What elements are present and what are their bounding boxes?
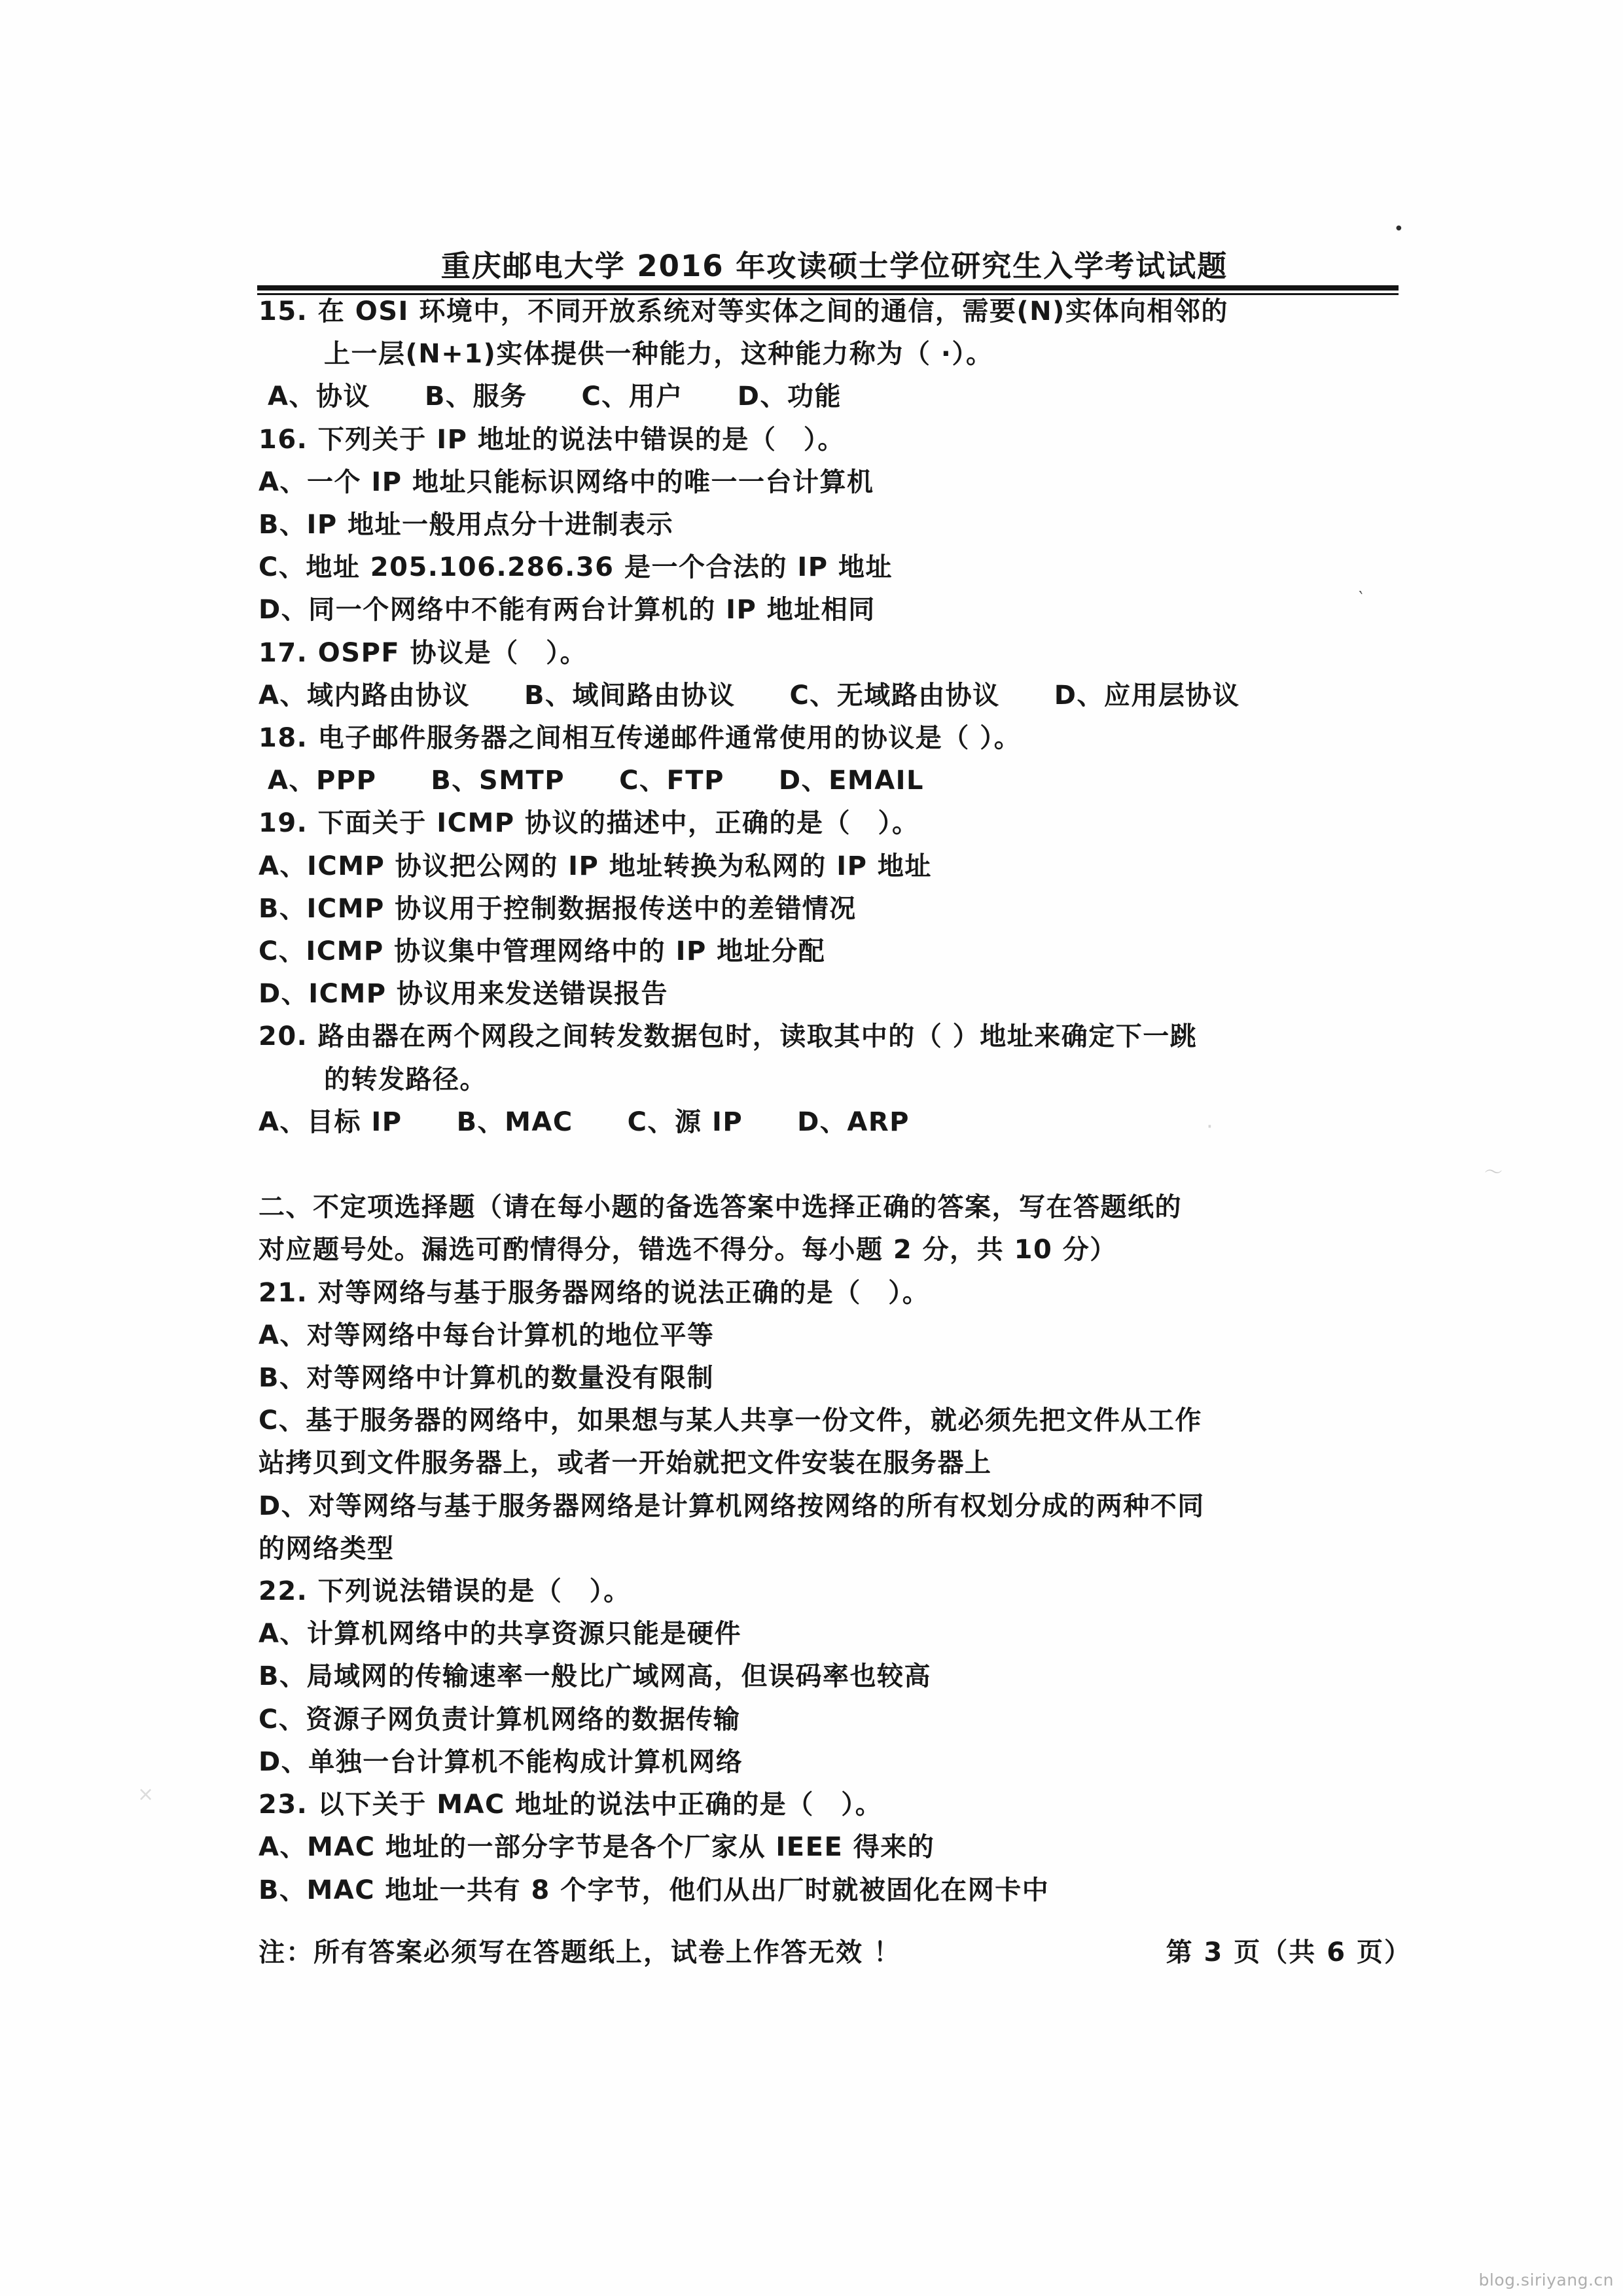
exam-line: 二、不定项选择题（请在每小题的备选答案中选择正确的答案，写在答题纸的 [259, 1186, 1410, 1229]
exam-line: 上一层(N+1)实体提供一种能力，这种能力称为（ ·）。 [259, 333, 1410, 376]
exam-line: 的网络类型 [259, 1528, 1410, 1570]
exam-line: 19. 下面关于 ICMP 协议的描述中，正确的是（ ）。 [259, 802, 1410, 845]
footer-note: 注：所有答案必须写在答题纸上，试卷上作答无效 ！ [259, 1932, 901, 1974]
exam-title: 重庆邮电大学 2016 年攻读硕士学位研究生入学考试试题 [259, 242, 1410, 285]
scan-speck: × [137, 1785, 154, 1805]
exam-line: C、地址 205.106.286.36 是一个合法的 IP 地址 [259, 546, 1410, 589]
exam-line: 21. 对等网络与基于服务器网络的说法正确的是（ ）。 [259, 1272, 1410, 1315]
exam-line: C、基于服务器的网络中，如果想与某人共享一份文件，就必须先把文件从工作 [259, 1400, 1410, 1442]
exam-line: A、PPP B、SMTP C、FTP D、EMAIL [259, 760, 1410, 802]
exam-page: 重庆邮电大学 2016 年攻读硕士学位研究生入学考试试题 15. 在 OSI 环… [0, 0, 1623, 2296]
exam-line: D、对等网络与基于服务器网络是计算机网络按网络的所有权划分成的两种不同 [259, 1485, 1410, 1528]
exam-line: 对应题号处。漏选可酌情得分，错选不得分。每小题 2 分，共 10 分） [259, 1229, 1410, 1271]
footer: 注：所有答案必须写在答题纸上，试卷上作答无效 ！ 第 3 页（共 6 页） [259, 1932, 1412, 1974]
exam-line: C、资源子网负责计算机网络的数据传输 [259, 1699, 1410, 1741]
exam-line: 20. 路由器在两个网段之间转发数据包时，读取其中的（ ）地址来确定下一跳 [259, 1016, 1410, 1058]
exam-line: A、一个 IP 地址只能标识网络中的唯一一台计算机 [259, 461, 1410, 504]
exam-line: 23. 以下关于 MAC 地址的说法中正确的是（ ）。 [259, 1784, 1410, 1826]
exam-line: 的转发路径。 [259, 1059, 1410, 1101]
blank-line [259, 1144, 1410, 1186]
scan-speck: ● [1396, 225, 1402, 232]
exam-line: 16. 下列关于 IP 地址的说法中错误的是（ ）。 [259, 419, 1410, 461]
scan-speck: ～ [1484, 1163, 1503, 1182]
exam-line: B、ICMP 协议用于控制数据报传送中的差错情况 [259, 888, 1410, 930]
watermark: blog.siriyang.cn [1479, 2270, 1614, 2289]
exam-line: A、协议 B、服务 C、用户 D、功能 [259, 376, 1410, 418]
exam-line: D、单独一台计算机不能构成计算机网络 [259, 1741, 1410, 1784]
exam-line: D、ICMP 协议用来发送错误报告 [259, 973, 1410, 1016]
exam-line: A、对等网络中每台计算机的地位平等 [259, 1315, 1410, 1357]
exam-line: 15. 在 OSI 环境中，不同开放系统对等实体之间的通信，需要(N)实体向相邻… [259, 291, 1410, 333]
exam-line: D、同一个网络中不能有两台计算机的 IP 地址相同 [259, 589, 1410, 631]
exam-line: 18. 电子邮件服务器之间相互传递邮件通常使用的协议是（ ）。 [259, 717, 1410, 760]
page-number: 第 3 页（共 6 页） [1166, 1932, 1412, 1974]
exam-line: A、MAC 地址的一部分字节是各个厂家从 IEEE 得来的 [259, 1826, 1410, 1869]
exam-line: B、局域网的传输速率一般比广域网高，但误码率也较高 [259, 1655, 1410, 1698]
exam-line: C、ICMP 协议集中管理网络中的 IP 地址分配 [259, 930, 1410, 973]
exam-line: A、目标 IP B、MAC C、源 IP D、ARP [259, 1101, 1410, 1144]
exam-body: 15. 在 OSI 环境中，不同开放系统对等实体之间的通信，需要(N)实体向相邻… [259, 291, 1410, 1912]
exam-line: A、计算机网络中的共享资源只能是硬件 [259, 1613, 1410, 1655]
exam-line: 22. 下列说法错误的是（ ）。 [259, 1570, 1410, 1613]
exam-line: 17. OSPF 协议是（ ）。 [259, 632, 1410, 675]
exam-line: 站拷贝到文件服务器上，或者一开始就把文件安装在服务器上 [259, 1442, 1410, 1485]
exam-line: B、对等网络中计算机的数量没有限制 [259, 1357, 1410, 1400]
exam-line: A、ICMP 协议把公网的 IP 地址转换为私网的 IP 地址 [259, 845, 1410, 888]
exam-line: B、MAC 地址一共有 8 个字节，他们从出厂时就被固化在网卡中 [259, 1869, 1410, 1912]
exam-line: B、IP 地址一般用点分十进制表示 [259, 504, 1410, 546]
exam-line: A、域内路由协议 B、域间路由协议 C、无域路由协议 D、应用层协议 [259, 675, 1410, 717]
